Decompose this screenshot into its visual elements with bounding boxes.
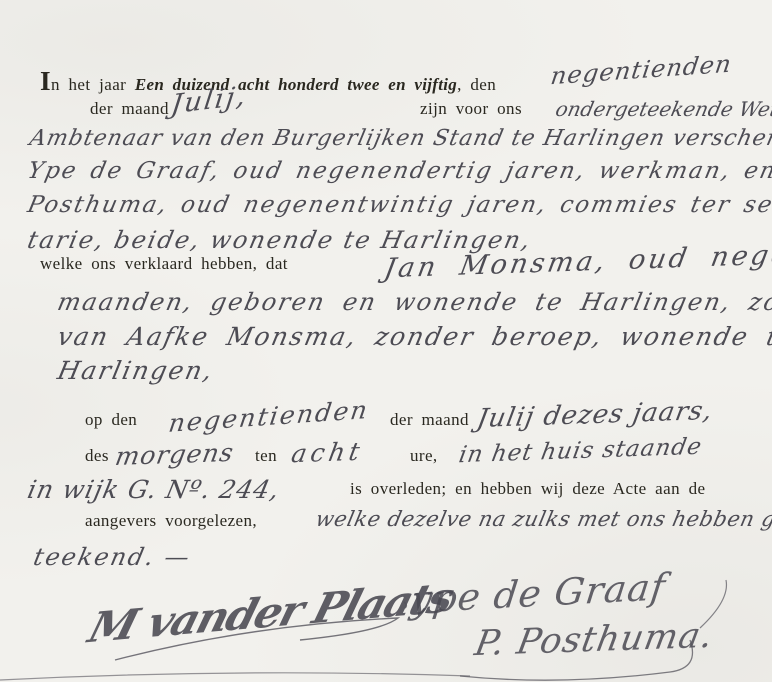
printed-ure: ure, — [410, 446, 438, 466]
printed-ten: ten — [255, 446, 277, 466]
printed-declaration-text: welke ons verklaard hebben, dat — [40, 254, 288, 274]
handwritten-residence-harlingen: Harlingen, — [55, 356, 217, 385]
handwritten-registrar-text: Ambtenaar van den Burgerlijken Stand te … — [27, 126, 772, 151]
registrar-line: Ambtenaar van den Burgerlijken Stand te … — [0, 126, 772, 162]
declaration-line: welke ons verklaard hebben, dat Jan Mons… — [0, 254, 772, 290]
handwritten-declarant2-text: Posthuma, oud negenentwintig jaren, comm… — [25, 192, 772, 218]
handwritten-declarant1-text: Ype de Graaf, oud negenendertig jaren, w… — [25, 158, 772, 184]
handwritten-closing-2: teekend. — — [31, 543, 194, 571]
daypart-entry: morgens — [113, 438, 236, 471]
declarant-line-2: Posthuma, oud negenentwintig jaren, comm… — [0, 192, 772, 228]
signature-p-posthuma: P. Posthuma. — [472, 616, 717, 664]
handwritten-residence-text: tarie, beide, wonende te Harlingen, — [25, 226, 535, 254]
death-record-scan: In het jaar Een duizend acht honderd twe… — [0, 0, 772, 682]
handwritten-closing-1: welke dezelve na zulks met ons hebben ge — [313, 507, 772, 531]
handwritten-deceased-details-1: maanden, geboren en wonende te Harlingen… — [55, 288, 772, 316]
handwritten-mother-name: van Aafke Monsma, zonder beroep, wonende… — [55, 322, 772, 351]
address-entry: in wijk G. Nº. 244, — [25, 475, 283, 504]
declarant-line-1: Ype de Graaf, oud negenendertig jaren, w… — [0, 158, 772, 194]
signature-official: M vander Plaats — [83, 573, 457, 652]
den-word: , den — [457, 75, 496, 94]
deceased-details-line-2: van Aafke Monsma, zonder beroep, wonende… — [0, 322, 772, 358]
deceased-details-line-1: maanden, geboren en wonende te Harlingen… — [0, 288, 772, 324]
printed-der-maand-2: der maand — [390, 410, 469, 430]
handwritten-official-title: ondergeteekende Wettho — [553, 97, 772, 121]
printed-des: des — [85, 446, 109, 466]
printed-overleden-text: is overleden; en hebben wij deze Acte aa… — [350, 479, 705, 499]
deceased-details-line-3: Harlingen, — [0, 356, 772, 392]
death-hour-entry: acht — [289, 437, 366, 468]
handwritten-day-entry: negentienden — [549, 50, 734, 90]
printed-op-den: op den — [85, 410, 137, 430]
printed-year-text: In het jaar Een duizend acht honderd twe… — [40, 66, 496, 97]
voorgelezen-line: aangevers voorgelezen, welke dezelve na … — [0, 511, 772, 547]
printed-zijn-voor-ons: zijn voor ons — [420, 99, 522, 119]
death-month-entry: Julij dezes jaars, — [475, 396, 716, 434]
intro-word: In het jaar — [40, 66, 126, 97]
death-day-entry: negentienden — [167, 395, 371, 438]
printed-voorgelezen: aangevers voorgelezen, — [85, 511, 257, 531]
printed-der-maand: der maand — [90, 99, 169, 119]
